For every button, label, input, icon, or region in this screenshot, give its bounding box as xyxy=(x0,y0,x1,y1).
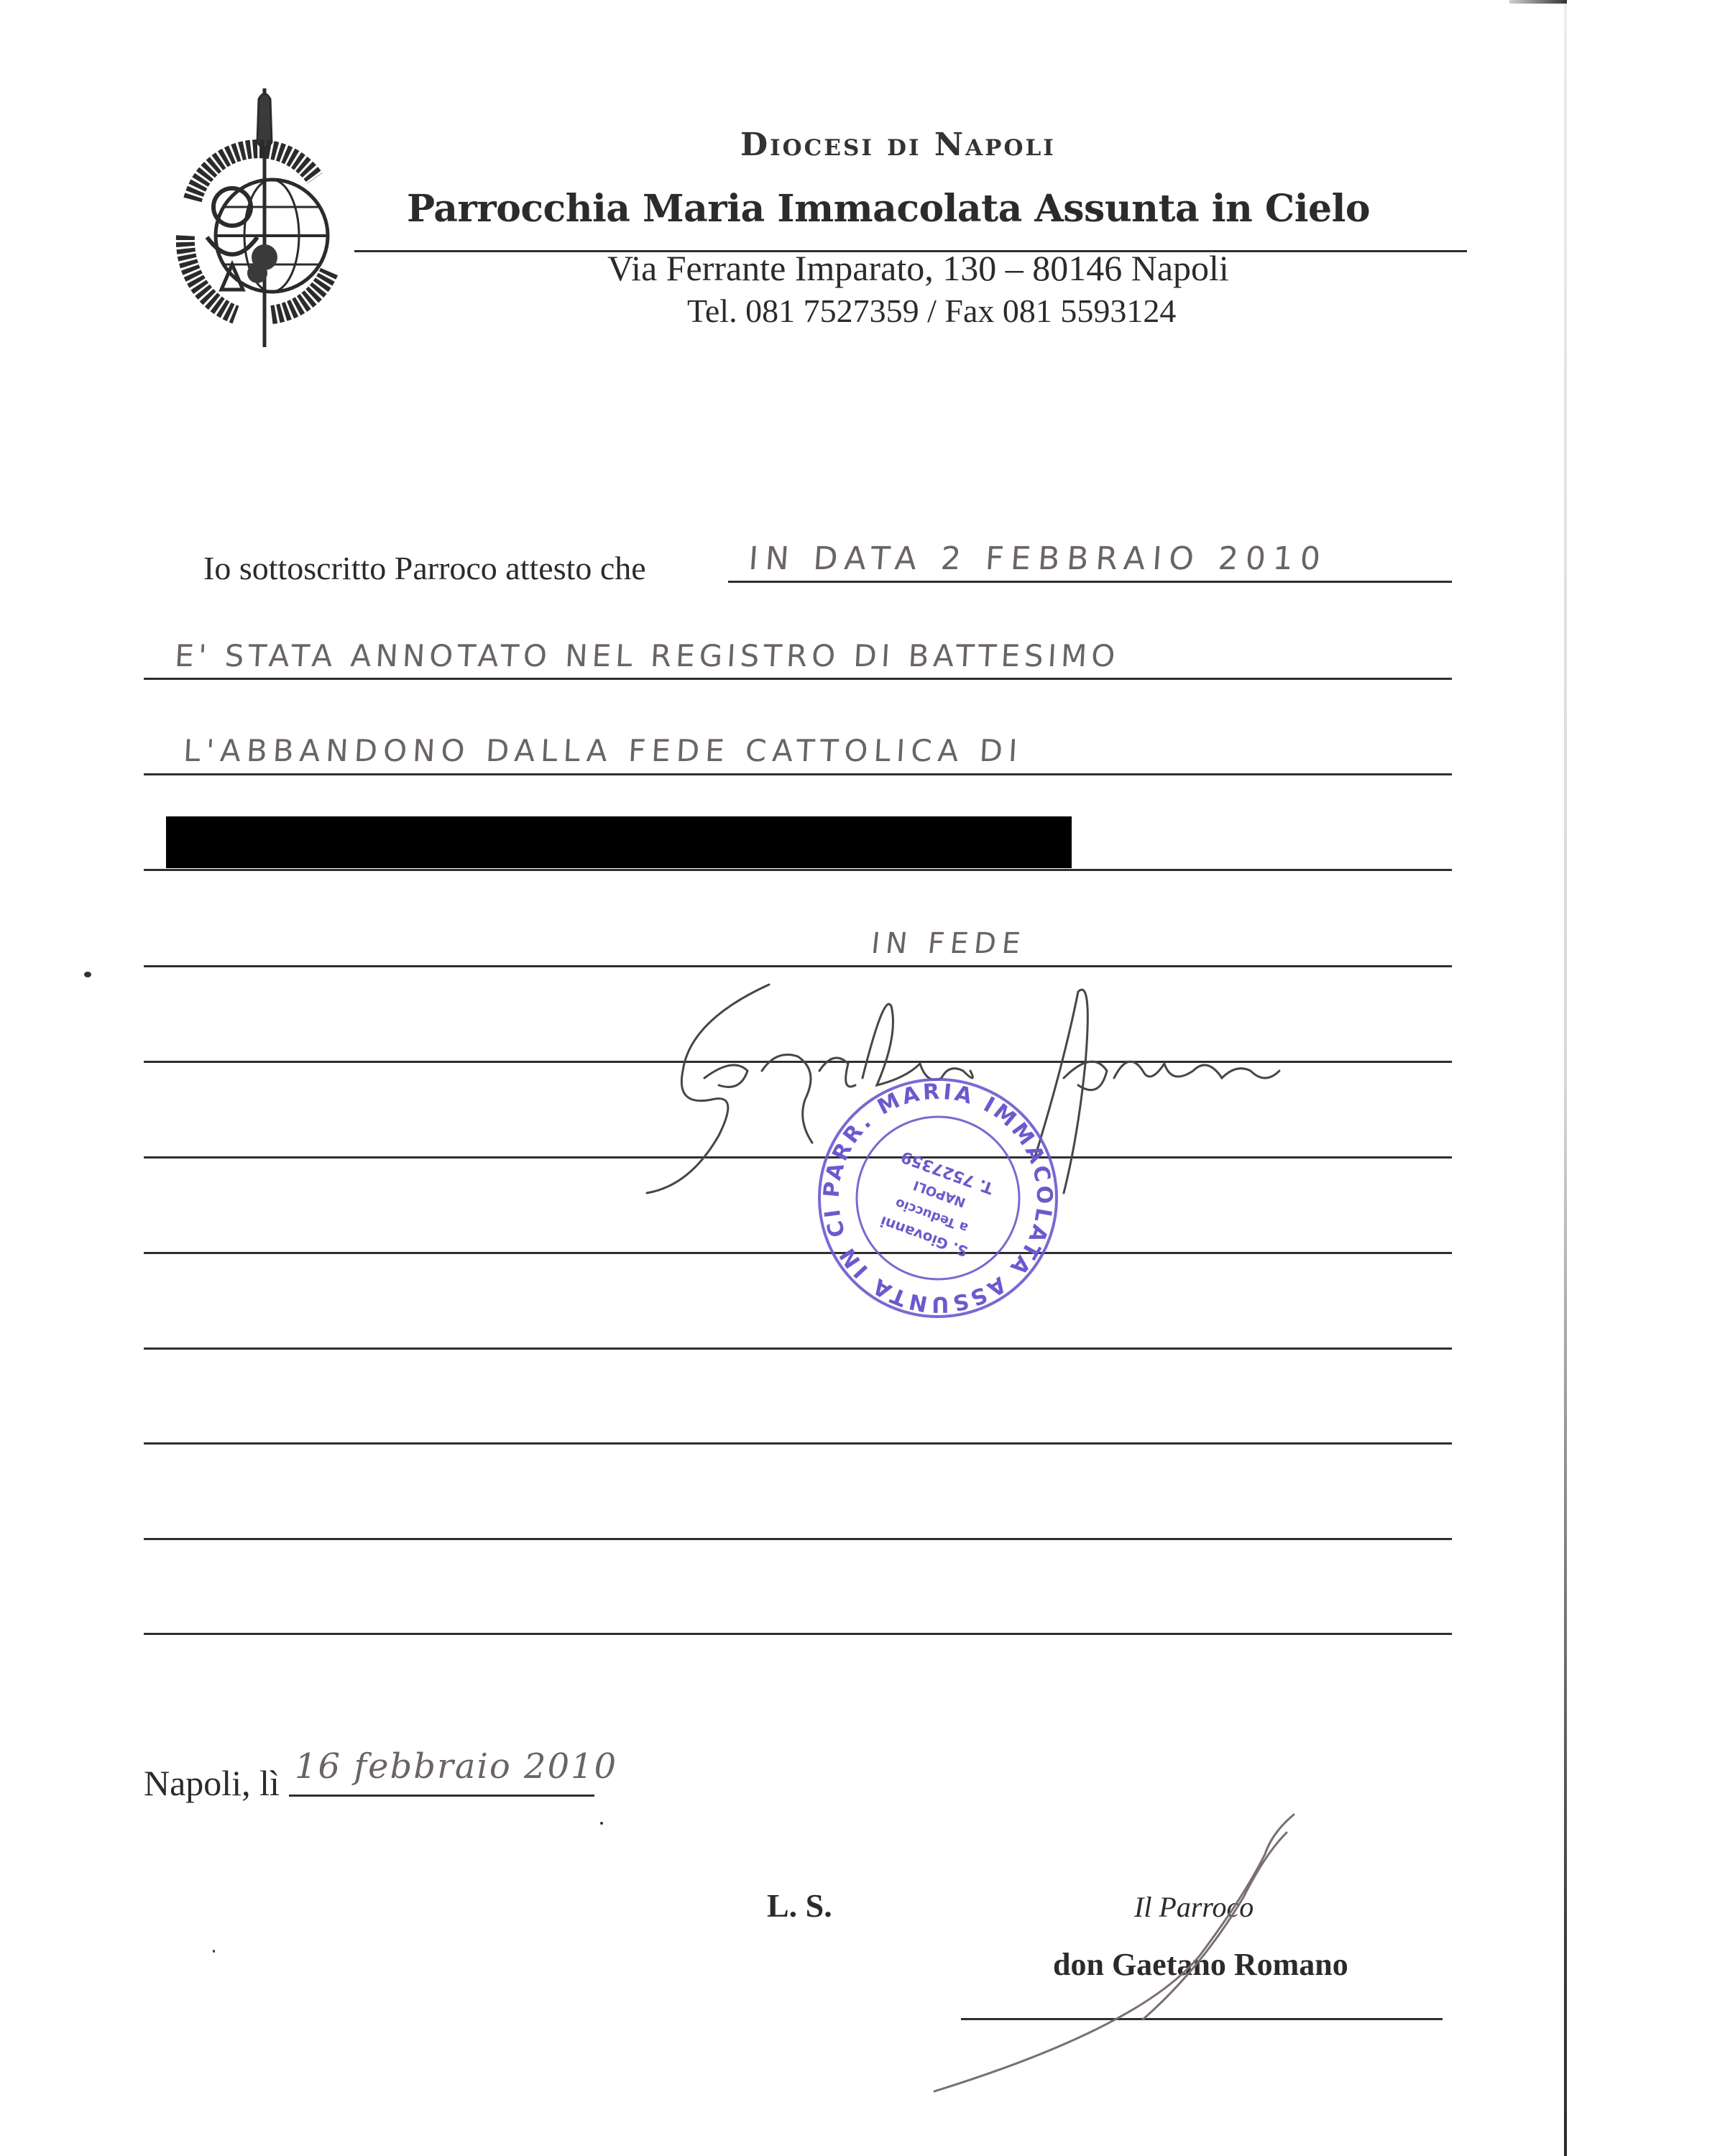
form-line-5 xyxy=(144,965,1452,967)
pen-stroke-signature xyxy=(927,1811,1308,2099)
parish-address: Via Ferrante Imparato, 130 – 80146 Napol… xyxy=(607,247,1229,289)
form-line-2 xyxy=(144,678,1452,680)
parish-stamp: PARR. MARIA IMMACOLATA ASSUNTA IN CIELO … xyxy=(816,1076,1060,1320)
diocese-emblem-icon xyxy=(164,85,344,351)
attestation-intro: Io sottoscritto Parroco attesto che xyxy=(203,549,646,587)
handwritten-date: 16 febbraio 2010 xyxy=(295,1746,617,1787)
handwritten-date-line: IN DATA 2 FEBBRAIO 2010 xyxy=(747,540,1329,577)
form-line-9 xyxy=(144,1347,1452,1350)
scan-edge-top xyxy=(1509,0,1567,4)
handwritten-in-fede: IN FEDE xyxy=(870,927,1028,960)
form-line-11 xyxy=(144,1538,1452,1540)
parish-name: Parrocchia Maria Immacolata Assunta in C… xyxy=(407,187,1370,231)
handwritten-abandonment-line: L'ABBANDONO DALLA FEDE CATTOLICA DI xyxy=(183,733,1024,768)
scan-speck xyxy=(213,1950,215,1953)
document-page: Diocesi di Napoli Parrocchia Maria Immac… xyxy=(0,0,1725,2156)
form-line-3 xyxy=(144,773,1452,775)
form-line-4 xyxy=(144,869,1452,871)
form-line-1 xyxy=(728,581,1452,583)
form-line-10 xyxy=(144,1442,1452,1445)
parish-contacts: Tel. 081 7527359 / Fax 081 5593124 xyxy=(687,292,1176,330)
date-line xyxy=(289,1795,594,1797)
diocese-name: Diocesi di Napoli xyxy=(740,126,1056,163)
scan-speck xyxy=(600,1822,603,1825)
scan-speck xyxy=(84,972,91,977)
ls-label: L. S. xyxy=(767,1886,832,1925)
redacted-name-block xyxy=(166,816,1072,868)
handwritten-annotation-line: E' STATA ANNOTATO NEL REGISTRO DI BATTES… xyxy=(174,638,1121,673)
form-line-12 xyxy=(144,1633,1452,1635)
form-line-8 xyxy=(144,1252,1452,1254)
scan-edge xyxy=(1564,0,1567,2156)
place-label: Napoli, lì xyxy=(144,1762,280,1804)
